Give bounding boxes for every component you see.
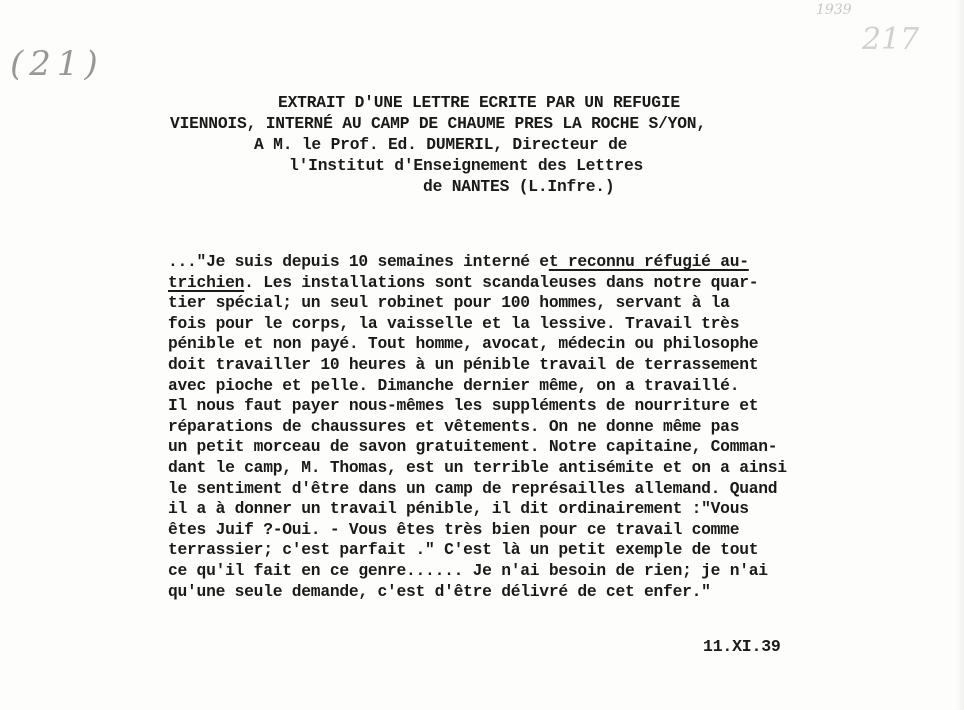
body-text-segment: Il nous faut payer nous-mêmes les supplé… (168, 396, 758, 415)
body-text-segment: avec pioche et pelle. Dimanche dernier m… (168, 376, 739, 395)
body-line: doit travailler 10 heures à un pénible t… (168, 355, 948, 376)
header-line: VIENNOIS, INTERNÉ AU CAMP DE CHAUME PRES… (170, 113, 706, 134)
letter-body: ..."Je suis depuis 10 semaines interné e… (168, 252, 948, 602)
body-text-segment: dant le camp, M. Thomas, est un terrible… (168, 458, 787, 477)
body-line: un petit morceau de savon gratuitement. … (168, 437, 948, 458)
body-line: le sentiment d'être dans un camp de repr… (168, 479, 948, 500)
body-line: terrassier; c'est parfait ." C'est là un… (168, 540, 948, 561)
body-text-segment: tier spécial; un seul robinet pour 100 h… (168, 293, 730, 312)
page-edge-shadow (956, 0, 964, 710)
header-line: A M. le Prof. Ed. DUMERIL, Directeur de (254, 134, 627, 155)
body-line: il a à donner un travail pénible, il dit… (168, 499, 948, 520)
body-line: avec pioche et pelle. Dimanche dernier m… (168, 376, 948, 397)
body-line: qu'une seule demande, c'est d'être déliv… (168, 582, 948, 603)
document-page: (21) 1939 217 EXTRAIT D'UNE LETTRE ECRIT… (0, 0, 964, 710)
letter-date: 11.XI.39 (703, 637, 781, 656)
underlined-text-segment: t reconnu réfugié au- (549, 252, 749, 271)
body-text-segment: ..."Je suis depuis 10 semaines interné e (168, 252, 549, 271)
header-line: EXTRAIT D'UNE LETTRE ECRITE PAR UN REFUG… (278, 92, 680, 113)
header-line: de NANTES (L.Infre.) (423, 176, 614, 197)
body-line: ..."Je suis depuis 10 semaines interné e… (168, 252, 948, 273)
body-line: pénible et non payé. Tout homme, avocat,… (168, 334, 948, 355)
body-line: ce qu'il fait en ce genre...... Je n'ai … (168, 561, 948, 582)
body-line: Il nous faut payer nous-mêmes les supplé… (168, 396, 948, 417)
body-text-segment: réparations de chaussures et vêtements. … (168, 417, 739, 436)
body-text-segment: le sentiment d'être dans un camp de repr… (168, 479, 777, 498)
body-text-segment: doit travailler 10 heures à un pénible t… (168, 355, 758, 374)
body-line: dant le camp, M. Thomas, est un terrible… (168, 458, 948, 479)
body-line: trichien. Les installations sont scandal… (168, 273, 948, 294)
body-text-segment: un petit morceau de savon gratuitement. … (168, 437, 777, 456)
body-line: fois pour le corps, la vaisselle et la l… (168, 314, 948, 335)
body-line: êtes Juif ?-Oui. - Vous êtes très bien p… (168, 520, 948, 541)
body-text-segment: ce qu'il fait en ce genre...... Je n'ai … (168, 561, 768, 580)
header-line: l'Institut d'Enseignement des Lettres (289, 155, 643, 176)
body-text-segment: qu'une seule demande, c'est d'être déliv… (168, 582, 711, 601)
body-line: tier spécial; un seul robinet pour 100 h… (168, 293, 948, 314)
body-text-segment: il a à donner un travail pénible, il dit… (168, 499, 749, 518)
body-text-segment: . Les installations sont scandaleuses da… (244, 273, 758, 292)
handwritten-page-number: (21) (10, 44, 104, 84)
body-text-segment: terrassier; c'est parfait ." C'est là un… (168, 540, 758, 559)
underlined-text-segment: trichien (168, 273, 244, 292)
body-text-segment: fois pour le corps, la vaisselle et la l… (168, 314, 739, 333)
body-text-segment: pénible et non payé. Tout homme, avocat,… (168, 334, 758, 353)
handwritten-year-note: 1939 (816, 2, 852, 18)
body-line: réparations de chaussures et vêtements. … (168, 417, 948, 438)
handwritten-folio-number: 217 (862, 22, 919, 57)
body-text-segment: êtes Juif ?-Oui. - Vous êtes très bien p… (168, 520, 739, 539)
